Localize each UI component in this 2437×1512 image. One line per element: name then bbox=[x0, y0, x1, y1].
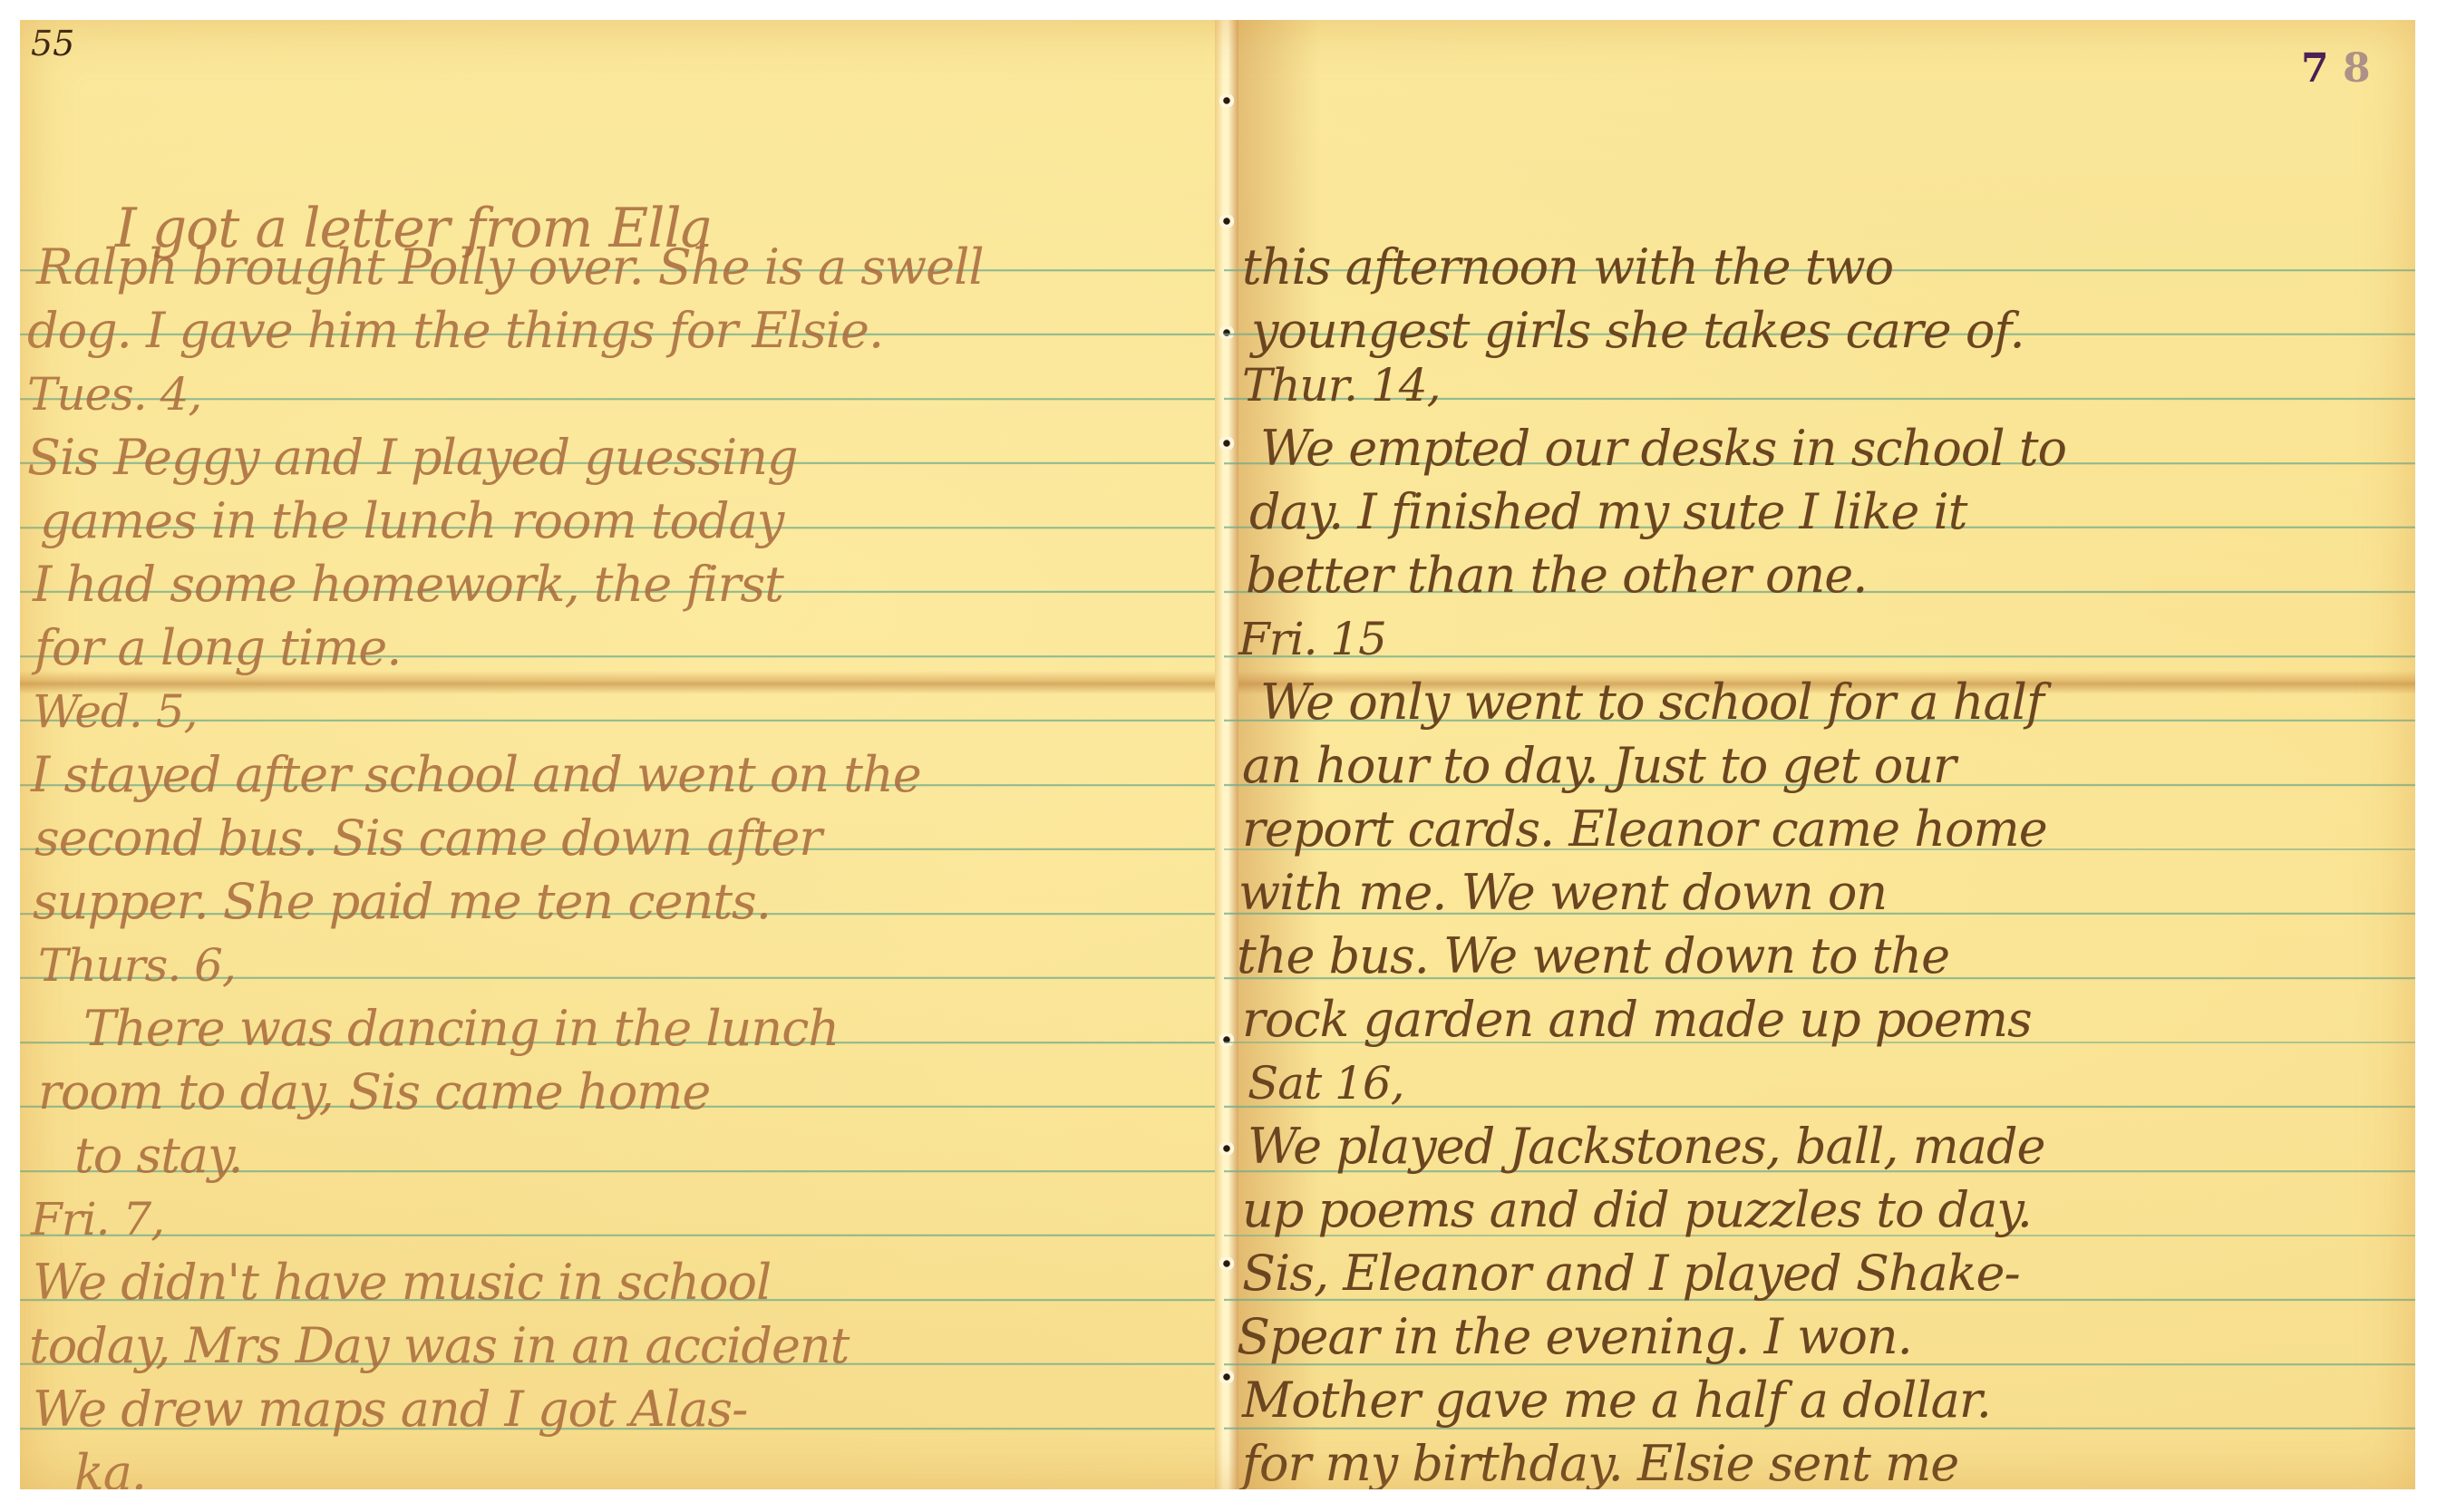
text-line: games in the lunch room today bbox=[40, 489, 783, 553]
page-number-value: 7 bbox=[2301, 45, 2329, 92]
text-line: for my birthday. Elsie sent me bbox=[1242, 1432, 1958, 1489]
text-line: dog. I gave him the things for Elsie. bbox=[27, 299, 883, 363]
text-line: I had some homework, the first bbox=[33, 553, 783, 616]
text-line: this afternoon with the two bbox=[1242, 236, 1893, 299]
date-heading: Sat 16, bbox=[1248, 1052, 1404, 1115]
right-page: this afternoon with the two youngest gir… bbox=[1224, 20, 2415, 1489]
text-line: There was dancing in the lunch bbox=[83, 997, 839, 1061]
text-line: ka. bbox=[74, 1441, 146, 1489]
date-heading: Thurs. 6, bbox=[38, 934, 236, 997]
text-line: We empted our desks in school to bbox=[1260, 417, 2066, 480]
text-line: second bus. Sis came down after bbox=[34, 807, 821, 870]
text-line: today, Mrs Day was in an accident bbox=[29, 1314, 849, 1378]
text-line: with me. We went down on bbox=[1238, 861, 1887, 925]
text-line: Sis Peggy and I played guessing bbox=[27, 426, 798, 489]
text-line: day. I finished my sute I like it bbox=[1249, 480, 1966, 544]
text-line: to stay. bbox=[74, 1124, 242, 1187]
text-line: room to day, Sis came home bbox=[38, 1061, 710, 1124]
diary-spread: 55 I got a letter from Ella Ralph brough… bbox=[20, 20, 2415, 1489]
text-line: We only went to school for a half bbox=[1260, 671, 2044, 734]
date-heading: Wed. 5, bbox=[33, 680, 197, 743]
date-heading: Fri. 7, bbox=[31, 1187, 164, 1251]
page-number-right: 7 8 bbox=[2301, 45, 2371, 92]
text-line: report cards. Eleanor came home bbox=[1242, 798, 2047, 861]
text-line: We played Jackstones, ball, made bbox=[1248, 1115, 2045, 1178]
text-line: We drew maps and I got Alas- bbox=[33, 1378, 747, 1441]
date-heading: Thur. 14, bbox=[1242, 354, 1440, 417]
text-line: rock garden and made up poems bbox=[1242, 988, 2032, 1052]
text-line: supper. She paid me ten cents. bbox=[33, 870, 771, 934]
text-line: Spear in the evening. I won. bbox=[1237, 1305, 1912, 1369]
text-line: an hour to day. Just to get our bbox=[1242, 734, 1956, 798]
text-line: for a long time. bbox=[34, 616, 401, 680]
text-line: Sis, Eleanor and I played Shake- bbox=[1242, 1242, 2020, 1305]
text-line: the bus. We went down to the bbox=[1237, 925, 1949, 988]
date-heading: Fri. 15 bbox=[1238, 607, 1386, 671]
text-line: up poems and did puzzles to day. bbox=[1242, 1178, 2032, 1242]
text-line: I stayed after school and went on the bbox=[31, 743, 921, 807]
text-line: We didn't have music in school bbox=[33, 1251, 771, 1314]
text-line: Ralph brought Polly over. She is a swell bbox=[36, 236, 984, 299]
text-line: Mother gave me a half a dollar. bbox=[1242, 1369, 1991, 1432]
text-line: better than the other one. bbox=[1246, 544, 1867, 607]
left-page: 55 I got a letter from Ella Ralph brough… bbox=[20, 20, 1215, 1489]
page-number-left: 55 bbox=[31, 24, 74, 63]
date-heading: Tues. 4, bbox=[27, 363, 201, 426]
page-number-smudge: 8 bbox=[2343, 45, 2371, 92]
